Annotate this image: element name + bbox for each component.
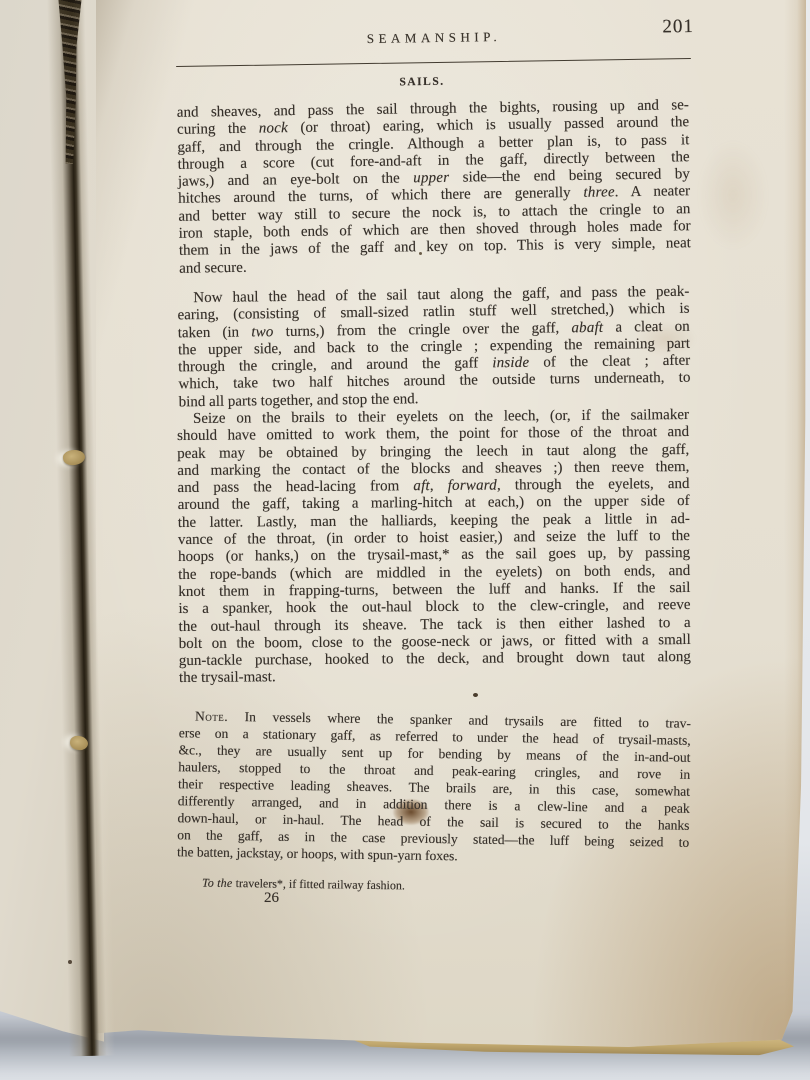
signature-mark: 26 (264, 890, 279, 907)
note-paragraph: Note. In vessels where the spanker and t… (177, 707, 691, 868)
book-photo: SEAMANSHIP. 201 SAILS. and sheaves, and … (0, 0, 810, 1080)
body-paragraph: Now haul the head of the sail taut along… (177, 284, 691, 412)
footnote: To the travelers*, if fitted railway fas… (202, 876, 405, 894)
body-paragraph: and sheaves, and pass the sail through t… (177, 97, 692, 278)
page-number: 201 (662, 16, 694, 38)
body-paragraph: Seize on the brails to their eyelets on … (177, 407, 691, 688)
